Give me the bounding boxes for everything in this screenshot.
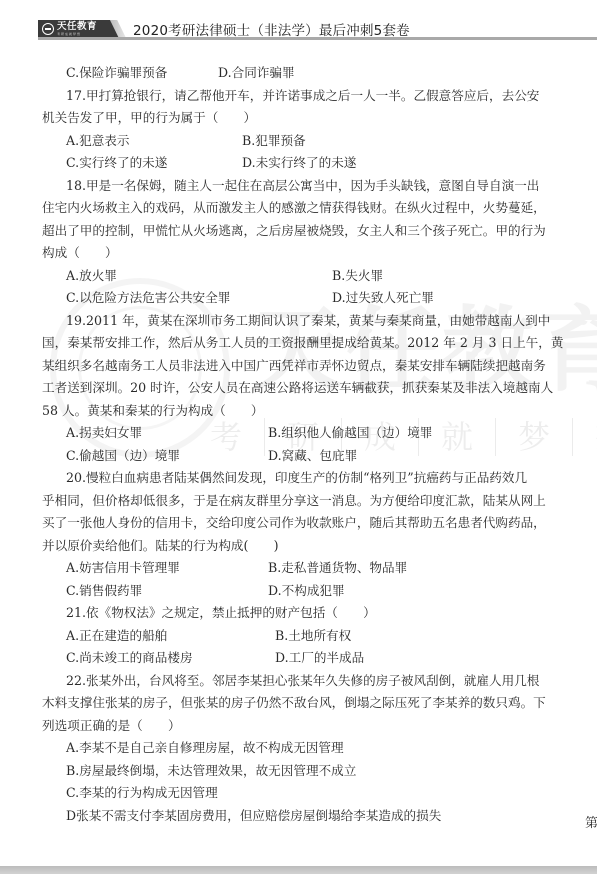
question-19-stem: 工者送到深圳。20 时许，公安人员在高速公路将运送车辆截获，抓获秦某及非法入境越… [42,377,582,400]
question-19-stem: 国，秦某帮安排工作，然后从务工人员的工资报酬里提成给黄某。2012 年 2 月 … [42,332,582,355]
option-c: C.李某的行为构成无因管理 [42,782,582,805]
question-21-options: C.尚未竣工的商品楼房 D.工厂的半成品 [42,647,582,670]
option-c: C.销售假药罪 [66,580,142,603]
brand-logo: 天任教育 考研成就梦想 [38,20,120,38]
logo-text: 天任教育 [57,22,97,31]
option-d: D张某不需支付李某固房费用，但应赔偿房屋倒塌给李某造成的损失 [42,805,582,828]
page-bottom-edge [0,866,597,874]
question-20-options: A.妨害信用卡管理罪 B.走私普通货物、物品罪 [42,557,582,580]
option-a: A.李某不是自己亲自修理房屋，故不构成无因管理 [42,737,582,760]
option-b: B.房屋最终倒塌，未达管理效果，故无因管理不成立 [42,760,582,783]
question-22-stem: 木料支撑住张某的房子，但张某的房子仍然不敌台风，倒塌之际压死了李某养的数只鸡。下 [42,692,582,715]
question-16-options: C.保险诈骗罪预备 D.合同诈骗罪 [42,62,582,85]
header-divider [38,37,597,40]
question-20-options: C.销售假药罪 D.不构成犯罪 [42,580,582,603]
question-19-stem: 某组织多名越南务工人员非法进入中国广西凭祥市弄怀边贸点，秦某安排车辆陆续把越南务 [42,355,582,378]
question-19-stem: 19.2011 年，黄某在深圳市务工期间认识了秦某，黄某与秦某商量，由她带越南人… [42,310,582,333]
logo-subtext: 考研成就梦想 [57,32,97,36]
question-17-stem: 机关告发了甲，甲的行为属于（ ） [42,107,582,130]
question-22-stem: 22.张某外出，台风将至。邻居李某担心张某年久失修的房子被风刮倒，就雇人用几根 [42,670,582,693]
question-21-options: A.正在建造的船舶 B.土地所有权 [42,625,582,648]
option-b: B.走私普通货物、物品罪 [268,557,407,580]
exam-content: C.保险诈骗罪预备 D.合同诈骗罪 17.甲打算抢银行，请乙帮他开车，并许诺事成… [42,62,582,827]
option-b: B.失火罪 [332,265,383,288]
page-number-label: 第 [585,812,597,831]
option-a: A.放火罪 [66,265,117,288]
option-d: D.工厂的半成品 [275,647,364,670]
option-a: A.拐卖妇女罪 [66,422,142,445]
option-c: C.以危险方法危害公共安全罪 [66,287,230,310]
option-d: D.合同诈骗罪 [218,62,295,85]
emblem-icon [42,23,54,35]
question-21-stem: 21.依《物权法》之规定，禁止抵押的财产包括（ ） [42,602,582,625]
option-b: B.犯罪预备 [242,130,306,153]
question-20-stem: 并以原价卖给他们。陆某的行为构成( ) [42,535,582,558]
question-22-stem: 列选项正确的是（ ） [42,715,582,738]
question-19-options: A.拐卖妇女罪 B.组织他人偷越国（边）境罪 [42,422,582,445]
question-20-stem: 20.慢粒白血病患者陆某偶然间发现，印度生产的仿制“格列卫”抗癌药与正品药效几 [42,467,582,490]
option-a: A.犯意表示 [66,130,129,153]
option-c: C.实行终了的未遂 [66,152,167,175]
question-20-stem: 买了一张他人身份的信用卡，交给印度公司作为收款账户，随后其帮助五名患者代购药品， [42,512,582,535]
option-b: B.土地所有权 [275,625,351,648]
question-19-stem: 58 人。黄某和秦某的行为构成（ ） [42,400,582,423]
question-17-options: A.犯意表示 B.犯罪预备 [42,130,582,153]
question-18-stem: 超出了甲的控制，甲慌忙从火场逃离，之后房屋被烧毁，女主人和三个孩子死亡。甲的行为 [42,220,582,243]
option-a: A.妨害信用卡管理罪 [66,557,180,580]
option-d: D.不构成犯罪 [268,580,345,603]
option-c: C.保险诈骗罪预备 [66,62,167,85]
question-17-stem: 17.甲打算抢银行，请乙帮他开车，并许诺事成之后一人一半。乙假意答应后，去公安 [42,85,582,108]
question-17-options: C.实行终了的未遂 D.未实行终了的未遂 [42,152,582,175]
question-18-stem: 构成（ ） [42,242,582,265]
question-18-stem: 住宅内火场救主入的戏码，从而激发主人的感激之情获得钱财。在纵火过程中，火势蔓延， [42,197,582,220]
option-d: D.过失致人死亡罪 [332,287,434,310]
document-title: 2020考研法律硕士（非法学）最后冲刺5套卷 [133,19,410,39]
option-a: A.正在建造的船舶 [66,625,167,648]
question-19-options: C.偷越国（边）境罪 D.窝藏、包庇罪 [42,445,582,468]
option-c: C.偷越国（边）境罪 [66,445,180,468]
question-18-stem: 18.甲是一名保姆，随主人一起住在高层公寓当中，因为手头缺钱，意图自导自演一出 [42,175,582,198]
option-c: C.尚未竣工的商品楼房 [66,647,193,670]
option-d: D.未实行终了的未遂 [242,152,356,175]
question-18-options: C.以危险方法危害公共安全罪 D.过失致人死亡罪 [42,287,582,310]
page-header: 天任教育 考研成就梦想 2020考研法律硕士（非法学）最后冲刺5套卷 [0,0,597,42]
question-18-options: A.放火罪 B.失火罪 [42,265,582,288]
option-b: B.组织他人偷越国（边）境罪 [268,422,432,445]
question-20-stem: 乎相同，但价格却低很多，于是在病友群里分享这一消息。为方便给印度汇款，陆某从网上 [42,490,582,513]
option-d: D.窝藏、包庇罪 [268,445,357,468]
